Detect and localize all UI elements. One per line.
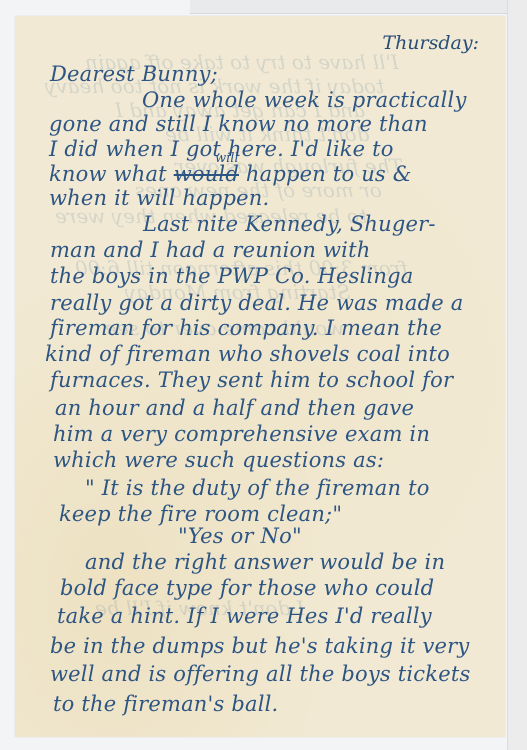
scanner-top-strip: [190, 0, 527, 14]
letter-line: fireman for his company. I mean the: [50, 316, 442, 340]
letter-page: I'll have to try to take off again today…: [15, 16, 505, 737]
text-before-correction: know what: [49, 162, 174, 186]
letter-line: when it will happen.: [49, 186, 269, 210]
letter-line: " It is the duty of the fireman to: [85, 476, 430, 500]
letter-line: gone and still I know no more than: [49, 112, 428, 136]
letter-line: man and I had a reunion with: [50, 238, 370, 262]
letter-line: kind of fireman who shovels coal into: [45, 342, 450, 366]
letter-line: which were such questions as:: [53, 448, 384, 472]
letter-line: bold face type for those who could: [60, 576, 434, 600]
letter-line: keep the fire room clean;": [59, 502, 342, 526]
letter-line: to the fireman's ball.: [53, 692, 278, 716]
letter-line: well and is offering all the boys ticket…: [50, 662, 470, 686]
letter-line: him a very comprehensive exam in: [53, 422, 430, 446]
letter-line: be in the dumps but he's taking it very: [50, 634, 469, 658]
letter-line: One whole week is practically: [142, 88, 467, 112]
letter-line: an hour and a half and then gave: [55, 396, 414, 420]
letter-line: "Yes or No": [178, 524, 302, 548]
letter-line: Last nite Kennedy, Shuger-: [143, 212, 436, 236]
salutation: Dearest Bunny;: [50, 62, 218, 86]
scanner-right-strip: [507, 0, 527, 750]
inserted-word: will: [215, 151, 239, 166]
letter-line: furnaces. They sent him to school for: [50, 368, 453, 392]
letter-line: and the right answer would be in: [85, 550, 445, 574]
letter-date: Thursday:: [382, 32, 479, 54]
letter-line: take a hint. If I were Hes I'd really: [57, 604, 432, 628]
letter-line: the boys in the PWP Co. Heslinga: [50, 264, 414, 288]
text-after-correction: happen to us &: [239, 162, 412, 186]
letter-line: really got a dirty deal. He was made a: [50, 291, 463, 315]
